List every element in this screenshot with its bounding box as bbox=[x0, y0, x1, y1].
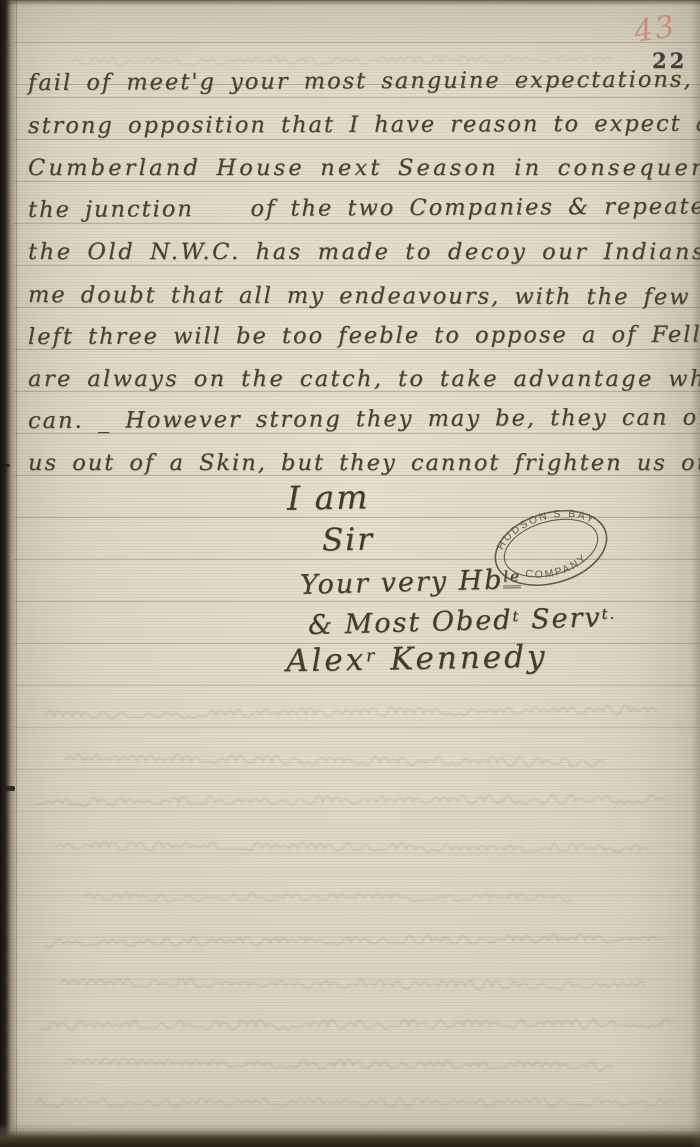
bleedthrough-line bbox=[45, 697, 665, 724]
stamp-top-text: HUDSON'S BAY bbox=[489, 497, 600, 555]
letter-line: Cumberland House next Season in conseque… bbox=[28, 155, 700, 181]
bleedthrough-line bbox=[40, 1010, 670, 1035]
letter-line: the junction of the two Companies & repe… bbox=[28, 193, 700, 223]
closing-sir: Sir bbox=[322, 522, 375, 559]
closing-most-obedt-servt: & Most Obedt Servt. bbox=[308, 602, 617, 641]
page-bottom-edge bbox=[0, 1123, 700, 1147]
page-right-edge bbox=[691, 0, 700, 1147]
stamp-bottom-text: COMPANY bbox=[521, 550, 592, 587]
closing-serv-superscript: t. bbox=[601, 605, 616, 623]
letter-line: me doubt that all my endeavours, with th… bbox=[28, 282, 700, 311]
signature-first-name: Alex bbox=[286, 642, 367, 679]
signature-last-name: Kennedy bbox=[377, 639, 548, 678]
letter-line: the Old N.W.C. has made to decoy our Ind… bbox=[28, 239, 700, 265]
letter-line: left three will be too feeble to oppose … bbox=[28, 321, 700, 350]
bleedthrough-line bbox=[35, 1090, 675, 1112]
bleedthrough-line bbox=[35, 786, 670, 811]
bleedthrough-line bbox=[65, 746, 610, 772]
closing-hble-text: Your very Hb bbox=[300, 565, 504, 601]
closing-obed-text: & Most Obed bbox=[308, 605, 513, 641]
letter-line: fail of meet'g your most sanguine expect… bbox=[28, 66, 700, 96]
bleedthrough-line bbox=[65, 1050, 620, 1076]
letter-line: us out of a Skin, but they cannot fright… bbox=[28, 450, 700, 476]
manuscript-page: 43 22 fail of meet'g your most sanguine … bbox=[0, 0, 700, 1147]
bleedthrough-line bbox=[45, 926, 665, 952]
letter-line: are always on the catch, to take advanta… bbox=[28, 366, 700, 392]
page-top-edge bbox=[0, 0, 700, 6]
closing-serv-text: Serv bbox=[520, 602, 602, 635]
binding-edge bbox=[0, 0, 18, 1147]
closing-i-am: I am bbox=[287, 477, 370, 517]
hudsons-bay-company-stamp: HUDSON'S BAY COMPANY bbox=[480, 491, 622, 606]
closing-your-very-hble: Your very Hble bbox=[300, 564, 522, 601]
signature-superscript: r bbox=[366, 646, 378, 666]
letter-line: strong opposition that I have reason to … bbox=[28, 111, 700, 139]
bleedthrough-line bbox=[55, 833, 655, 858]
folio-number-red: 43 bbox=[632, 9, 679, 50]
signature-alexr-kennedy: Alexr Kennedy bbox=[286, 639, 548, 680]
bleedthrough-line bbox=[85, 885, 575, 907]
letter-line: can. _ However strong they may be, they … bbox=[28, 404, 700, 434]
bleedthrough-line bbox=[60, 970, 645, 995]
